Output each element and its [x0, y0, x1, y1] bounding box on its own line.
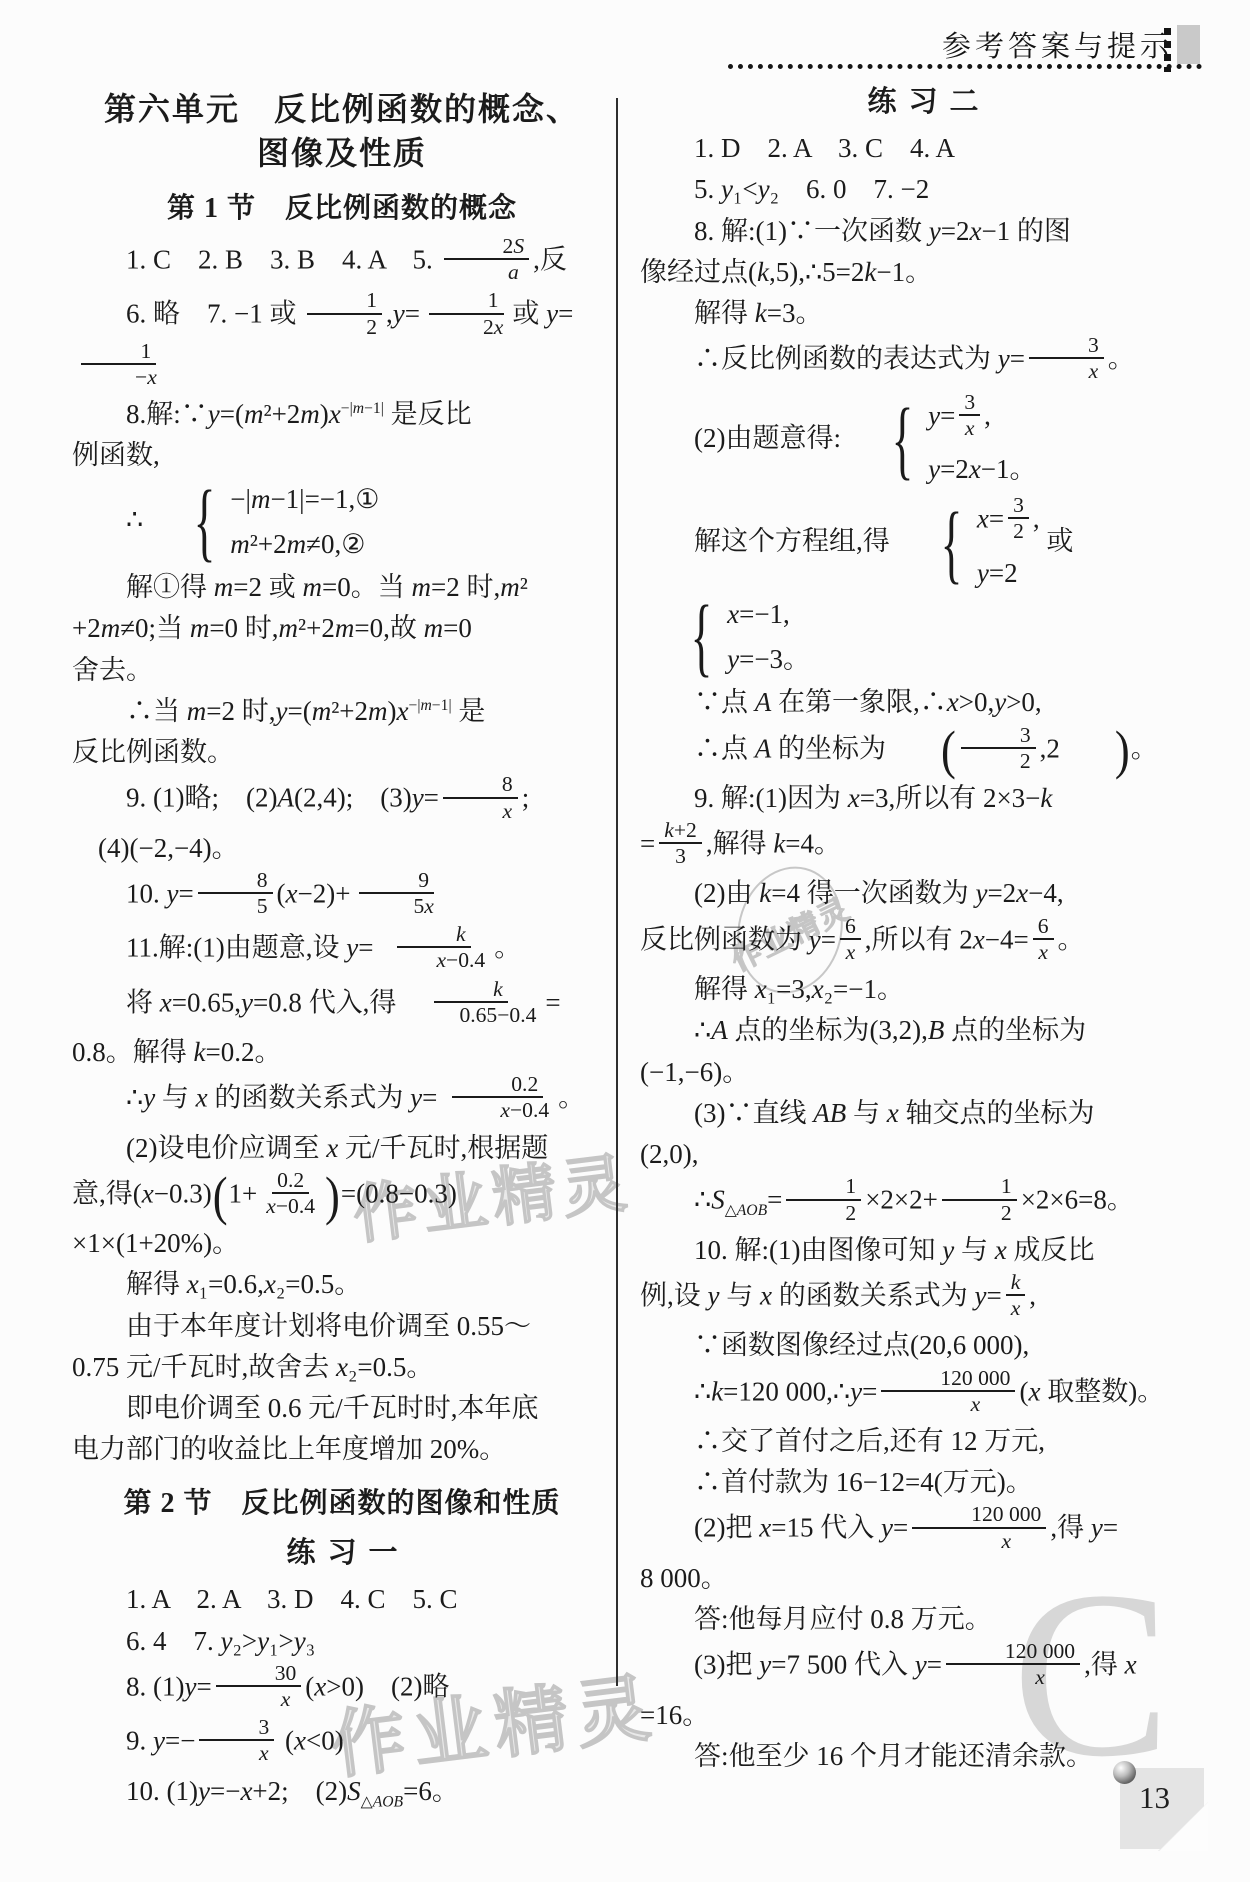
fraction: 3x [959, 390, 980, 440]
text-line: (4)(−2,−4)。 [72, 830, 612, 867]
fraction: 120 000x [946, 1639, 1080, 1689]
sphere-icon [1113, 1761, 1136, 1784]
fraction: 30x [216, 1661, 302, 1711]
heading-line: 第六单元 反比例函数的概念、 [72, 88, 612, 130]
heading-line: 练习二 [640, 82, 1206, 122]
text-line: 舍去。 [72, 652, 612, 689]
text-line: ∵点 A 在第一象限,∴x>0,y>0, [640, 684, 1206, 721]
text-line: 1. C 2. B 3. B 4. A 5. 2Sa,反 [72, 237, 612, 287]
text-line: 9. (1)略; (2)A(2,4); (3)y=8x; [72, 775, 612, 825]
text-line: ∵函数图像经过点(20,6 000), [640, 1327, 1206, 1364]
text-line: ∴k=120 000,∴y=120 000x(x 取整数)。 [640, 1369, 1206, 1419]
heading-line: 练习一 [72, 1533, 612, 1573]
fraction: 120 000x [881, 1366, 1015, 1416]
fraction: k0.65−0.4 [400, 977, 541, 1027]
fraction: 12 [786, 1174, 861, 1224]
text-line: 0.75 元/千瓦时,故舍去 x₂=0.5。 [72, 1349, 612, 1386]
page-header-title: 参考答案与提示 [942, 24, 1173, 65]
text-line: 0.8。解得 k=0.2。 [72, 1034, 612, 1071]
text-line: 解得 k=3。 [640, 295, 1206, 332]
equation-system: {x=−1,y=−3。 [640, 596, 810, 679]
text-line: (2)把 x=15 代入 y=120 000x,得 y= [640, 1505, 1206, 1555]
text-line: 电力部门的收益比上年度增加 20%。 [72, 1431, 612, 1468]
text-line: 10. (1)y=−x+2; (2)S△AOB=6。 [72, 1773, 612, 1813]
text-line: 由于本年度计划将电价调至 0.55～ [72, 1308, 612, 1345]
text-line: 解得 x₁=3,x₂=−1。 [640, 971, 1206, 1008]
text-line: 答:他每月应付 0.8 万元。 [640, 1601, 1206, 1638]
text-line: 反比例函数为 y=6x,所以有 2x−4=6x。 [640, 917, 1206, 967]
page-number: 13 [1139, 1780, 1170, 1816]
fraction: 1−x [76, 339, 162, 389]
text-line: 8 000。 [640, 1560, 1206, 1597]
text-line: 9. y=−3x (x<0) [72, 1718, 612, 1768]
fraction: 3x [1029, 333, 1104, 383]
text-line: 1. D 2. A 3. C 4. A [640, 130, 1206, 167]
fraction: 32 [961, 723, 1036, 773]
left-column: 第六单元 反比例函数的概念、图像及性质第 1 节 反比例函数的概念1. C 2.… [72, 86, 612, 1817]
header-dotted-rule [728, 64, 1202, 69]
text-line: 6. 略 7. −1 或 12,y=12x或 y=1−x [72, 291, 612, 392]
text-line: (3)把 y=7 500 代入 y=120 000x,得 x [640, 1642, 1206, 1692]
text-line: 反比例函数。 [72, 734, 612, 771]
fraction: 12 [307, 288, 382, 338]
heading-line: 图像及性质 [72, 132, 612, 174]
text-line: ∴{−|m−1|=−1,①m²+2m≠0,② [72, 479, 612, 566]
text-line: =16。 [640, 1697, 1206, 1734]
text-line: =k+23,解得 k=4。 [640, 821, 1206, 871]
fraction: 2Sa [444, 234, 530, 284]
right-column: 练习二1. D 2. A 3. C 4. A5. y₁<y₂ 6. 0 7. −… [640, 72, 1206, 1779]
scanned-answer-page: { "header": { "title": "参考答案与提示" }, "pag… [0, 0, 1250, 1882]
fraction: 85 [198, 868, 273, 918]
text-line: 10. 解:(1)由图像可知 y 与 x 成反比 [640, 1232, 1206, 1269]
column-divider [616, 98, 618, 1686]
fraction: 32 [1008, 493, 1029, 543]
fraction: 3x [199, 1715, 274, 1765]
fraction: 6x [1033, 914, 1054, 964]
text-line: 10. y=85(x−2)+95x [72, 871, 612, 921]
fraction: kx−0.4 [377, 922, 490, 972]
text-line: 6. 4 7. y₂>y₁>y₃ [72, 1623, 612, 1660]
text-line: 8. 解:(1)∵一次函数 y=2x−1 的图 [640, 213, 1206, 250]
text-line: 解①得 m=2 或 m=0。当 m=2 时,m² [72, 569, 612, 606]
text-line: ∴y 与 x 的函数关系式为 y=0.2x−0.4。 [72, 1075, 612, 1125]
text-line: 将 x=0.65,y=0.8 代入,得k0.65−0.4= [72, 980, 612, 1030]
fraction: 12x [424, 288, 508, 338]
text-line: (−1,−6)。 [640, 1054, 1206, 1091]
fraction: 12 [942, 1174, 1017, 1224]
text-line: (2)由 k=4 得一次函数为 y=2x−4, [640, 875, 1206, 912]
text-line: 即电价调至 0.6 元/千瓦时时,本年底 [72, 1390, 612, 1427]
text-line: 8.解:∵y=(m²+2m)x−|m−1| 是反比 [72, 396, 612, 433]
equation-system: {−|m−1|=−1,①m²+2m≠0,② [143, 481, 379, 564]
text-line: 像经过点(k,5),∴5=2k−1。 [640, 254, 1206, 291]
text-line: 解得 x₁=0.6,x₂=0.5。 [72, 1266, 612, 1303]
text-line: (2)由题意得:{y=3x,y=2x−1。 [640, 391, 1206, 491]
text-line: +2m≠0;当 m=0 时,m²+2m=0,故 m=0 [72, 610, 612, 647]
fraction: 6x [840, 914, 861, 964]
fraction: 120 000x [912, 1502, 1046, 1552]
heading-line: 第 2 节 反比例函数的图像和性质 [72, 1485, 612, 1524]
text-line: ∴A 点的坐标为(3,2),B 点的坐标为 [640, 1012, 1206, 1049]
heading-line: 第 1 节 反比例函数的概念 [72, 190, 612, 229]
text-line: 例,设 y 与 x 的函数关系式为 y=kx, [640, 1273, 1206, 1323]
text-line: ∴首付款为 16−12=4(万元)。 [640, 1464, 1206, 1501]
fraction: 0.2x−0.4 [261, 1168, 320, 1218]
fraction: kx [1006, 1270, 1026, 1320]
header-gray-tab [1177, 25, 1200, 64]
equation-system: {x=32,y=2 [890, 496, 1040, 592]
fraction: 95x [354, 868, 438, 918]
text-line: ∴点 A 的坐标为(32,2)。 [640, 726, 1206, 776]
text-line: ∴当 m=2 时,y=(m²+2m)x−|m−1| 是 [72, 693, 612, 730]
fraction: 0.2x−0.4 [441, 1072, 554, 1122]
text-line: 9. 解:(1)因为 x=3,所以有 2×3−k [640, 780, 1206, 817]
text-line: 例函数, [72, 437, 612, 474]
text-line: 8. (1)y=30x(x>0) (2)略 [72, 1664, 612, 1714]
text-line: (2)设电价应调至 x 元/千瓦时,根据题 [72, 1130, 612, 1167]
fraction: 8x [443, 772, 518, 822]
text-line: 意,得(x−0.3)(1+0.2x−0.4)=(0.8−0.3) [72, 1171, 612, 1221]
text-line: (3)∵直线 AB 与 x 轴交点的坐标为 [640, 1095, 1206, 1132]
text-line: ×1×(1+20%)。 [72, 1225, 612, 1262]
text-line: 11.解:(1)由题意,设 y=kx−0.4。 [72, 925, 612, 975]
text-line: ∴反比例函数的表达式为 y=3x。 [640, 336, 1206, 386]
text-line: ∴交了首付之后,还有 12 万元, [640, 1423, 1206, 1460]
fraction: k+23 [659, 818, 702, 868]
text-line: ∴S△AOB=12×2×2+12×2×6=8。 [640, 1177, 1206, 1227]
equation-system: {y=3x,y=2x−1。 [841, 393, 1037, 489]
text-line: 1. A 2. A 3. D 4. C 5. C [72, 1581, 612, 1618]
text-line: 解这个方程组,得{x=32,y=2 或 {x=−1,y=−3。 [640, 494, 1206, 680]
text-line: (2,0), [640, 1136, 1206, 1173]
text-line: 5. y₁<y₂ 6. 0 7. −2 [640, 171, 1206, 208]
